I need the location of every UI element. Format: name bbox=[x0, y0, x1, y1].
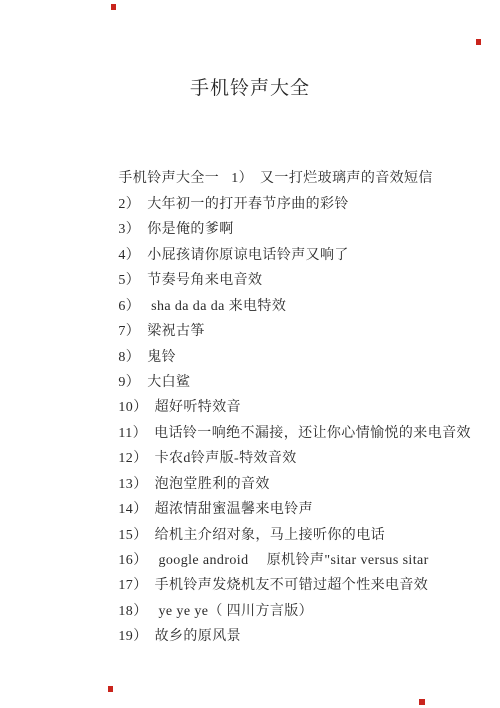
item-number: 6） bbox=[118, 299, 140, 314]
red-corner-mark-bottom-left bbox=[108, 686, 113, 692]
item-number: 3） bbox=[118, 222, 140, 237]
item-number: 12） bbox=[118, 451, 147, 466]
red-corner-mark-bottom-right bbox=[419, 699, 425, 705]
red-corner-mark-top-right bbox=[476, 39, 481, 45]
document-page: 手机铃声大全 手机铃声大全一1）又一打烂玻璃声的音效短信 2）大年初一的打开春节… bbox=[0, 0, 500, 708]
item-text: 又一打烂玻璃声的音效短信 bbox=[260, 171, 433, 186]
item-number: 9） bbox=[118, 375, 140, 390]
item-text: 卡农d铃声版-特效音效 bbox=[155, 451, 297, 466]
item-number: 17） bbox=[118, 578, 147, 593]
item-number: 18） bbox=[118, 604, 147, 619]
item-text: 大年初一的打开春节序曲的彩铃 bbox=[147, 197, 349, 212]
item-text: 你是俺的爹啊 bbox=[147, 222, 233, 237]
item-number: 8） bbox=[118, 350, 140, 365]
item-number: 2） bbox=[118, 197, 140, 212]
item-number: 7） bbox=[118, 324, 140, 339]
item-text: 泡泡堂胜利的音效 bbox=[155, 477, 270, 492]
item-text: google android 原机铃声"sitar versus sitar bbox=[155, 553, 429, 568]
item-number: 4） bbox=[118, 248, 140, 263]
item-number: 15） bbox=[118, 528, 147, 543]
item-number: 19） bbox=[118, 629, 147, 644]
item-text: 超浓情甜蜜温馨来电铃声 bbox=[155, 502, 313, 517]
section-label: 手机铃声大全一 bbox=[118, 171, 219, 186]
item-text: 小屁孩请你原谅电话铃声又响了 bbox=[147, 248, 349, 263]
item-number: 11） bbox=[118, 426, 147, 441]
item-text: 电话铃一响绝不漏接，还让你心情愉悦的来电音效 bbox=[154, 426, 471, 441]
document-title: 手机铃声大全 bbox=[0, 0, 500, 102]
ringtone-list: 手机铃声大全一1）又一打烂玻璃声的音效短信 2）大年初一的打开春节序曲的彩铃 3… bbox=[0, 141, 500, 624]
item-number: 13） bbox=[118, 477, 147, 492]
item-number: 14） bbox=[118, 502, 147, 517]
list-line: 手机铃声大全一1）又一打烂玻璃声的音效短信 bbox=[95, 141, 480, 166]
item-text: 鬼铃 bbox=[147, 350, 176, 365]
item-number: 16） bbox=[118, 553, 147, 568]
red-corner-mark-top-left bbox=[111, 4, 116, 10]
item-number: 1） bbox=[231, 171, 253, 186]
item-number: 10） bbox=[118, 400, 147, 415]
item-text: 大白鲨 bbox=[147, 375, 190, 390]
item-text: ye ye ye（ 四川方言版） bbox=[155, 604, 313, 619]
item-text: 梁祝古筝 bbox=[147, 324, 205, 339]
item-text: 给机主介绍对象，马上接听你的电话 bbox=[155, 528, 385, 543]
item-text: 手机铃声发烧机友不可错过超个性来电音效 bbox=[155, 578, 429, 593]
item-text: 故乡的原风景 bbox=[155, 629, 241, 644]
item-text: 节奏号角来电音效 bbox=[147, 273, 262, 288]
item-text: 超好听特效音 bbox=[155, 400, 241, 415]
item-text: sha da da da 来电特效 bbox=[147, 299, 286, 314]
item-number: 5） bbox=[118, 273, 140, 288]
